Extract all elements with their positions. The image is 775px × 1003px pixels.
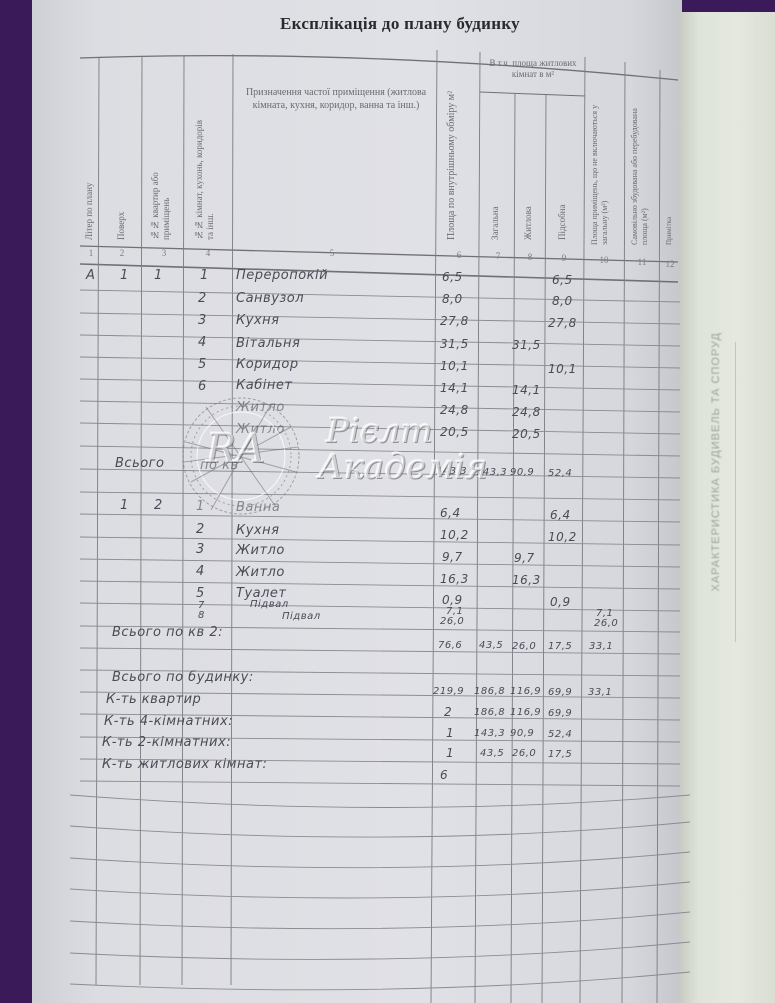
cell-purpose: Кабінет xyxy=(236,378,292,393)
cell-room: 6 xyxy=(198,379,207,394)
cell-purpose: Житло xyxy=(236,565,285,580)
cell-aux: 69,9 xyxy=(548,687,572,698)
cell-excluded: 26,0 xyxy=(594,618,618,629)
cell-aux: 10,2 xyxy=(548,530,577,544)
column-number: 7 xyxy=(491,251,505,261)
header-floor: Поверх xyxy=(116,160,127,240)
cell-area: 6,4 xyxy=(440,506,461,520)
column-number: 11 xyxy=(633,257,651,267)
cell-area: 6,5 xyxy=(442,270,463,284)
cell-living: 90,9 xyxy=(510,728,534,739)
cell-area: 2 xyxy=(444,705,452,719)
cell-room: 2 xyxy=(196,522,205,537)
header-purpose: Призначення частої приміщення (житлова к… xyxy=(238,86,434,112)
header-note: Примітка xyxy=(664,200,675,245)
cell-total: 143,3 xyxy=(476,467,507,478)
header-room-no: №№ кімнат, кухонь, коридорів та інш. xyxy=(194,110,222,240)
total-label: Всього по будинку: xyxy=(112,670,254,685)
cell-aux: 17,5 xyxy=(548,641,572,652)
cell-purpose: Житло xyxy=(236,422,285,437)
cell-room: 3 xyxy=(198,313,207,328)
summary-label: К-ть квартир xyxy=(106,692,201,707)
column-number: 4 xyxy=(201,248,215,258)
cell-living: 20,5 xyxy=(512,427,541,441)
cell-total: 43,5 xyxy=(479,640,503,651)
column-number: 6 xyxy=(452,250,466,260)
header-excluded-area: Площа приміщень, що не включаються у заг… xyxy=(590,100,618,245)
cell-aux: 69,9 xyxy=(548,708,572,719)
cell-purpose: Підвал xyxy=(282,611,321,622)
cell-living: 116,9 xyxy=(510,707,541,718)
cell-room: 4 xyxy=(198,335,207,350)
cell-living: 16,3 xyxy=(512,573,541,587)
cell-living: 24,8 xyxy=(512,405,541,419)
cell-room: 1 xyxy=(200,268,209,283)
cell-apartment: 1 xyxy=(154,268,163,283)
header-apartment-no: №№ квартир або приміщень xyxy=(150,140,174,240)
cell-living: 14,1 xyxy=(512,383,541,397)
column-number: 3 xyxy=(157,248,171,258)
cell-area: 10,1 xyxy=(440,359,469,373)
cell-purpose: Кухня xyxy=(236,523,279,538)
summary-label: К-ть 2-кімнатних: xyxy=(102,735,231,750)
header-living: Житлова xyxy=(523,180,534,240)
cell-purpose: Житло xyxy=(236,543,285,558)
cell-living: 116,9 xyxy=(510,686,541,697)
cell-area: 24,8 xyxy=(440,403,469,417)
cell-excluded: 33,1 xyxy=(589,641,613,652)
header-liter: Літер по плану xyxy=(84,130,95,240)
cell-purpose: Санвузол xyxy=(236,291,304,306)
summary-label: К-ть житлових кімнат: xyxy=(102,757,267,772)
cell-area: 31,5 xyxy=(440,337,469,351)
cell-area: 1 xyxy=(446,746,454,760)
cell-total: 186,8 xyxy=(474,686,505,697)
cell-area: 8,0 xyxy=(442,292,463,306)
cell-area: 1 xyxy=(446,726,454,740)
cell-purpose: Житло xyxy=(236,400,285,415)
column-number: 10 xyxy=(595,255,613,265)
cell-aux: 17,5 xyxy=(548,749,572,760)
cell-aux: 52,4 xyxy=(548,468,572,479)
cell-purpose: Ванна xyxy=(236,500,280,515)
cell-room: 1 xyxy=(196,499,205,514)
subtotal-label-suffix: по кв xyxy=(200,458,239,473)
cell-area: 76,6 xyxy=(438,640,462,651)
column-number: 9 xyxy=(557,253,571,263)
cell-room: 8 xyxy=(198,610,205,621)
cell-living: 26,0 xyxy=(512,748,536,759)
cell-room: 5 xyxy=(198,357,207,372)
summary-label: К-ть 4-кімнатних: xyxy=(104,714,233,729)
cell-aux: 52,4 xyxy=(548,729,572,740)
header-unauthorized-area: Самовільно збудована або перебудована пл… xyxy=(630,100,656,245)
cell-aux: 6,4 xyxy=(550,508,571,522)
column-number: 5 xyxy=(325,248,339,258)
cell-purpose: Коридор xyxy=(236,357,299,372)
header-area: Площа по внутрішньому обміру м² xyxy=(446,80,472,240)
cell-floor: 1 xyxy=(120,268,129,283)
cell-living: 31,5 xyxy=(512,338,541,352)
cell-living: 90,9 xyxy=(510,467,534,478)
column-number: 12 xyxy=(663,259,677,269)
cell-room: 4 xyxy=(196,564,205,579)
header-auxiliary: Підсобна xyxy=(557,180,568,240)
cell-aux: 6,5 xyxy=(552,273,573,287)
cell-area: 0,9 xyxy=(442,593,463,607)
cell-aux: 10,1 xyxy=(548,362,577,376)
cell-area: 6 xyxy=(440,768,448,782)
cell-purpose: Переропокій xyxy=(236,268,328,283)
header-living-area-group: В т.ч. площа житлових кімнат в м² xyxy=(484,58,582,80)
cell-room: 3 xyxy=(196,542,205,557)
cell-apartment: 2 xyxy=(154,498,163,513)
cell-room: 5 xyxy=(196,586,205,601)
cell-living: 26,0 xyxy=(512,641,536,652)
cell-floor: 1 xyxy=(120,498,129,513)
subtotal-label: Всього xyxy=(115,456,164,471)
cell-area: 20,5 xyxy=(440,425,469,439)
cell-area: 219,9 xyxy=(433,686,464,697)
cell-area: 26,0 xyxy=(440,616,464,627)
cell-room: 2 xyxy=(198,291,207,306)
cell-total: 186,8 xyxy=(474,707,505,718)
cell-living: 9,7 xyxy=(514,551,535,565)
cell-total: 143,3 xyxy=(474,728,505,739)
column-number: 8 xyxy=(523,252,537,262)
column-number: 1 xyxy=(84,248,98,258)
cell-area: 16,3 xyxy=(440,572,469,586)
cell-area: 143,3 xyxy=(436,466,467,477)
cell-purpose: Вітальня xyxy=(236,336,300,351)
cell-purpose: Кухня xyxy=(236,313,279,328)
cell-area: 14,1 xyxy=(440,381,469,395)
cell-total: 43,5 xyxy=(480,748,504,759)
cell-liter: А xyxy=(86,268,95,283)
column-number: 2 xyxy=(115,248,129,258)
cell-area: 27,8 xyxy=(440,314,469,328)
cell-aux: 27,8 xyxy=(548,316,577,330)
cell-aux: 0,9 xyxy=(550,595,571,609)
cell-excluded: 33,1 xyxy=(588,687,612,698)
cell-area: 9,7 xyxy=(442,550,463,564)
cell-area: 10,2 xyxy=(440,528,469,542)
header-total: Загальна xyxy=(490,180,501,240)
table-grid xyxy=(0,0,775,1003)
subtotal-label: Всього по кв 2: xyxy=(112,625,223,640)
cell-aux: 8,0 xyxy=(552,294,573,308)
cell-purpose: Підвал xyxy=(250,599,289,610)
